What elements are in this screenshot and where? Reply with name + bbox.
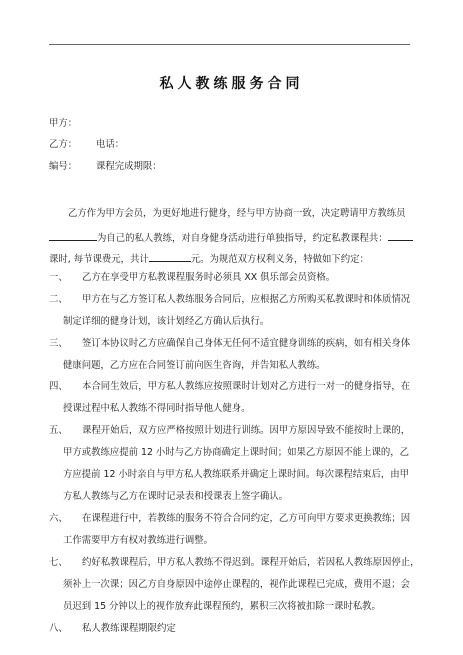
clause-4-line-1: 本合同生效后，甲方私人教练应按照课时计划对乙方进行一对一的健身指导，在 xyxy=(82,381,410,393)
clause-5-line-2: 甲方或教练应提前 12 小时与乙方协商确定上课时间；如果乙方原因不能上课的，乙 xyxy=(63,447,409,459)
clause-5-line-3: 方应提前 12 小时亲自与甲方私人教练联系并确定上课时间。每次课程结束后，由甲 xyxy=(63,469,409,481)
clause-1-line-1: 乙方在享受甲方私教课程服务时必须具 XX 俱乐部会员资格。 xyxy=(82,272,335,284)
clause-5-line-4: 方私人教练与乙方在课时记录表和授课表上签字确认。 xyxy=(63,491,288,503)
clause-6-line-2: 工作需要甲方有权对教练进行调整。 xyxy=(63,535,213,547)
clause-7-line-1: 约好私教课程后，甲方私人教练不得迟到。课程开始后，若因私人教练原因停止， xyxy=(82,557,420,569)
intro-line-2: 为自己的私人教练，对自身健身活动进行单独指导，约定私教课程共： xyxy=(49,230,413,245)
clause-number: 一、 xyxy=(49,272,68,284)
number-label: 编号： xyxy=(49,161,77,173)
coach-name-blank[interactable] xyxy=(49,230,97,241)
clause-3-line-1: 签订本协议时乙方应确保自己身体无任何不适宜健身训练的疾病，如有相关身体 xyxy=(82,338,410,350)
clause-number: 三、 xyxy=(49,338,68,350)
clause-8-line-1: 私人教练课程期限约定 xyxy=(82,623,176,635)
party-b-label: 乙方： xyxy=(49,139,77,151)
clause-3-line-2: 健康问题，乙方应在合同签订前向医生咨询，并告知私人教练。 xyxy=(63,360,326,372)
clause-5-line-1: 课程开始后，双方应严格按照计划进行训练。因甲方原因导致不能按时上课的， xyxy=(82,425,410,437)
deadline-label: 课程完成期限： xyxy=(96,161,162,173)
intro-line-3a: 课时, 每节课费元，共计 xyxy=(49,254,149,265)
intro-line-2-text: 为自己的私人教练，对自身健身活动进行单独指导，约定私教课程共： xyxy=(97,233,388,244)
document-title: 私人教练服务合同 xyxy=(0,73,463,93)
intro-line-3: 课时, 每节课费元，共计元。为规范双方权利义务，特做如下约定： xyxy=(49,251,369,266)
clause-4-line-2: 授课过程中私人教练不得同时指导他人健身。 xyxy=(63,403,251,415)
phone-label: 电话： xyxy=(96,139,124,151)
total-fee-blank[interactable] xyxy=(149,251,191,262)
clause-2-line-2: 制定详细的健身计划，该计划经乙方确认后执行。 xyxy=(63,316,269,328)
clause-2-line-1: 甲方在与乙方签订私人教练服务合同后，应根据乙方所购买私教课时和体质情况 xyxy=(82,294,410,306)
clause-6-line-1: 在课程进行中，若教练的服务不符合合同约定，乙方可向甲方要求更换教练；因 xyxy=(82,513,410,525)
clause-7-line-2: 须补上一次课；因乙方自身原因中途停止课程的，视作此课程已完成，费用不退；会 xyxy=(63,579,410,591)
clause-number: 八、 xyxy=(49,623,68,635)
clause-number: 七、 xyxy=(49,557,68,569)
clause-number: 四、 xyxy=(49,381,68,393)
party-a-label: 甲方： xyxy=(49,118,77,130)
header-rule xyxy=(49,44,410,45)
clause-number: 五、 xyxy=(49,425,68,437)
clause-number: 六、 xyxy=(49,513,68,525)
intro-line-1: 乙方作为甲方会员，为更好地进行健身，经与甲方协商一致，决定聘请甲方教练员 xyxy=(68,208,406,220)
clause-number: 二、 xyxy=(49,294,68,306)
intro-line-3b: 元。为规范双方权利义务，特做如下约定： xyxy=(191,254,369,265)
clause-7-line-3: 员迟到 15 分钟以上的视作放弃此课程预约，累积三次将被扣除一课时私教。 xyxy=(63,601,381,613)
lesson-count-blank[interactable] xyxy=(388,230,413,241)
